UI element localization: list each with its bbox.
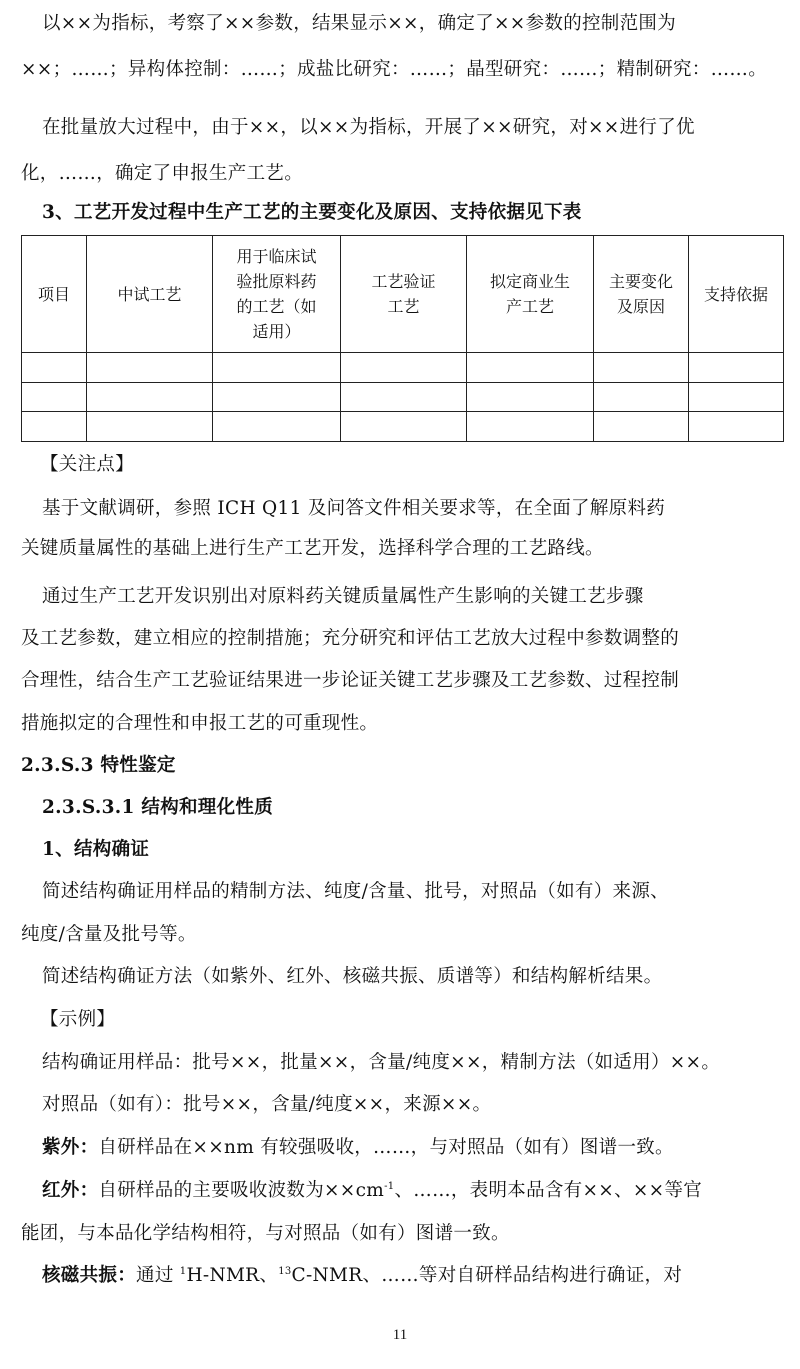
ir-text: 、……，表明本品含有××、××等官 — [394, 1180, 702, 1201]
table-cell — [341, 382, 467, 412]
table-row — [22, 353, 784, 383]
column-header-commercial-process: 拟定商业生 产工艺 — [467, 236, 594, 353]
table-cell — [467, 382, 594, 412]
table-cell — [467, 353, 594, 383]
focus-label: 【关注点】 — [40, 453, 134, 477]
nmr-text: C-NMR、……等对自研样品结构进行确证，对 — [292, 1265, 683, 1286]
process-changes-table: 项目 中试工艺 用于临床试 验批原料药 的工艺（如 适用） 工艺验证 工艺 拟定… — [21, 235, 784, 442]
paragraph-line: 以××为指标，考察了××参数，结果显示××，确定了××参数的控制范围为 — [42, 12, 676, 36]
column-header-validation-process: 工艺验证 工艺 — [341, 236, 467, 353]
table-cell — [213, 382, 341, 412]
table-row — [22, 382, 784, 412]
column-header-clinical-batch-process: 用于临床试 验批原料药 的工艺（如 适用） — [213, 236, 341, 353]
example-uv-line: 紫外：自研样品在××nm 有较强吸收，……，与对照品（如有）图谱一致。 — [42, 1136, 674, 1160]
table-cell — [467, 412, 594, 442]
table-cell — [594, 412, 689, 442]
column-header-pilot-process: 中试工艺 — [87, 236, 213, 353]
page-number: 11 — [0, 1327, 800, 1344]
table-heading: 3、工艺开发过程中生产工艺的主要变化及原因、支持依据见下表 — [42, 201, 582, 225]
example-label: 【示例】 — [40, 1008, 115, 1032]
paragraph-line: ××；……；异构体控制：……；成盐比研究：……；晶型研究：……；精制研究：……。 — [21, 58, 767, 82]
table-cell — [22, 382, 87, 412]
column-header-item: 项目 — [22, 236, 87, 353]
paragraph-line: 及工艺参数，建立相应的控制措施；充分研究和评估工艺放大过程中参数调整的 — [21, 627, 679, 651]
paragraph-line: 通过生产工艺开发识别出对原料药关键质量属性产生影响的关键工艺步骤 — [42, 585, 644, 609]
example-sample-line: 结构确证用样品：批号××，批量××，含量/纯度××，精制方法（如适用）××。 — [42, 1051, 720, 1075]
paragraph-line: 在批量放大过程中，由于××，以××为指标，开展了××研究，对××进行了优 — [42, 116, 695, 140]
nmr-superscript: 13 — [278, 1266, 291, 1277]
paragraph-line: 简述结构确证方法（如紫外、红外、核磁共振、质谱等）和结构解析结果。 — [42, 965, 662, 989]
paragraph-line: 简述结构确证用样品的精制方法、纯度/含量、批号，对照品（如有）来源、 — [42, 880, 669, 904]
table-cell — [689, 382, 784, 412]
table-cell — [87, 353, 213, 383]
table-cell — [87, 412, 213, 442]
paragraph-line: 化，……，确定了申报生产工艺。 — [21, 162, 303, 186]
table-cell — [341, 412, 467, 442]
example-ir-line: 红外：自研样品的主要吸收波数为××cm-1、……，表明本品含有××、××等官 — [42, 1179, 702, 1203]
paragraph-line: 能团，与本品化学结构相符，与对照品（如有）图谱一致。 — [21, 1222, 510, 1246]
table-cell — [22, 353, 87, 383]
example-nmr-line: 核磁共振：通过 1H-NMR、13C-NMR、……等对自研样品结构进行确证，对 — [42, 1264, 682, 1288]
table-cell — [87, 382, 213, 412]
table-row — [22, 412, 784, 442]
column-header-main-changes: 主要变化 及原因 — [594, 236, 689, 353]
column-header-supporting-basis: 支持依据 — [689, 236, 784, 353]
item-heading: 1、结构确证 — [42, 838, 149, 862]
section-heading: 2.3.S.3 特性鉴定 — [21, 754, 176, 778]
table-header-row: 项目 中试工艺 用于临床试 验批原料药 的工艺（如 适用） 工艺验证 工艺 拟定… — [22, 236, 784, 353]
table-cell — [689, 353, 784, 383]
table-cell — [594, 353, 689, 383]
paragraph-line: 关键质量属性的基础上进行生产工艺开发，选择科学合理的工艺路线。 — [21, 537, 604, 561]
ir-superscript: -1 — [384, 1181, 394, 1192]
nmr-text: H-NMR、 — [186, 1265, 278, 1286]
nmr-label: 核磁共振： — [42, 1265, 136, 1286]
paragraph-line: 纯度/含量及批号等。 — [21, 923, 197, 947]
subsection-heading: 2.3.S.3.1 结构和理化性质 — [42, 796, 273, 820]
ir-label: 红外： — [42, 1180, 98, 1201]
ir-text: 自研样品的主要吸收波数为××cm — [98, 1180, 384, 1201]
uv-label: 紫外： — [42, 1137, 98, 1158]
table-cell — [213, 412, 341, 442]
table-cell — [22, 412, 87, 442]
example-reference-line: 对照品（如有）：批号××，含量/纯度××，来源××。 — [42, 1093, 491, 1117]
table-cell — [341, 353, 467, 383]
uv-text: 自研样品在××nm 有较强吸收，……，与对照品（如有）图谱一致。 — [98, 1137, 673, 1158]
nmr-text: 通过 — [136, 1265, 180, 1286]
paragraph-line: 措施拟定的合理性和申报工艺的可重现性。 — [21, 712, 378, 736]
paragraph-line: 基于文献调研，参照 ICH Q11 及问答文件相关要求等，在全面了解原料药 — [42, 497, 665, 521]
table-cell — [594, 382, 689, 412]
table-cell — [689, 412, 784, 442]
paragraph-line: 合理性，结合生产工艺验证结果进一步论证关键工艺步骤及工艺参数、过程控制 — [21, 669, 679, 693]
table-cell — [213, 353, 341, 383]
